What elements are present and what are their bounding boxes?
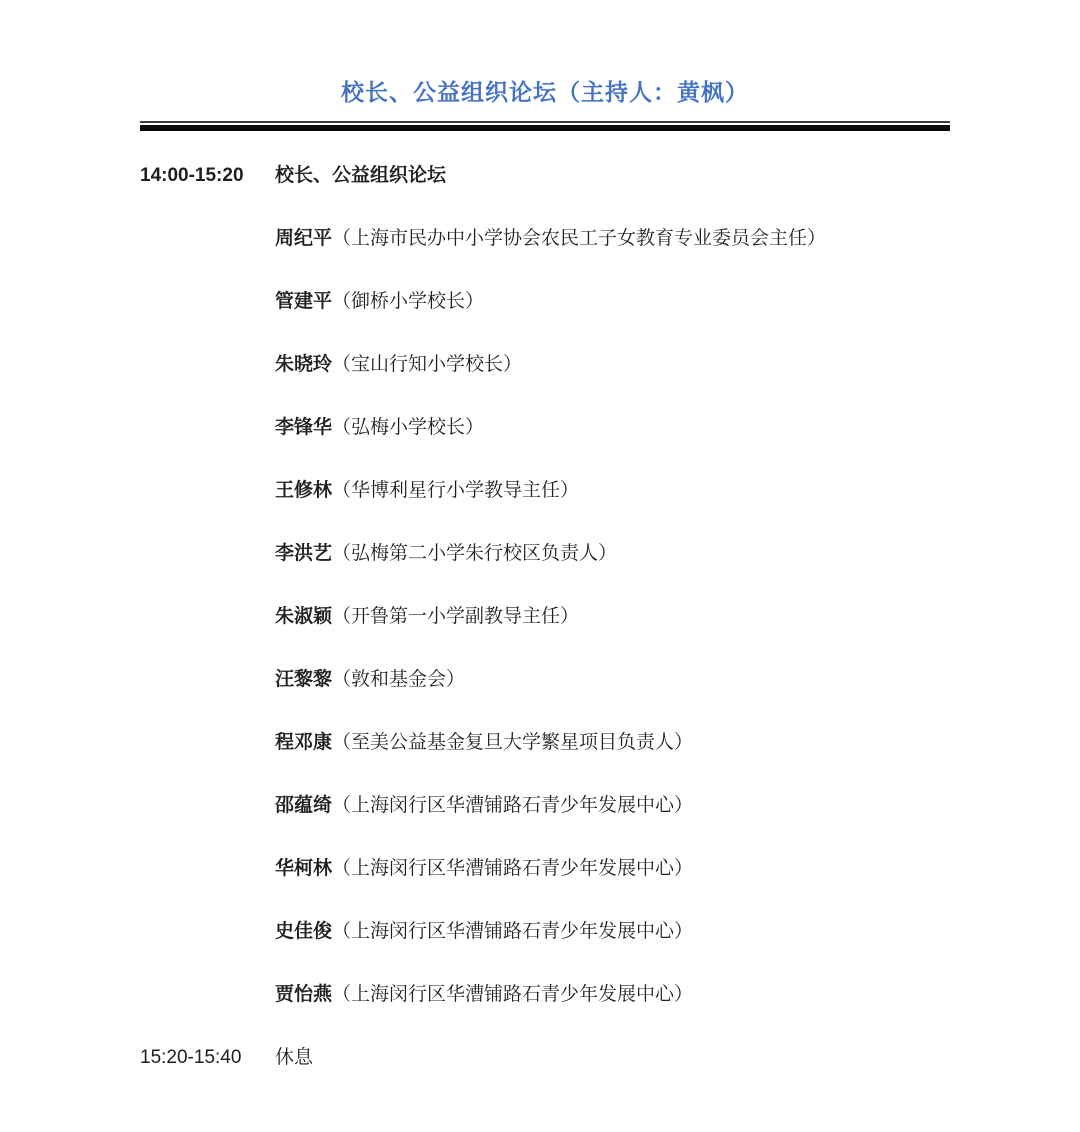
participant-affiliation: （弘梅小学校长） [332,417,484,438]
participant-name: 贾怡燕 [275,984,332,1005]
participant-affiliation: （弘梅第二小学朱行校区负责人） [332,543,617,564]
schedule-row-break: 15:20-15:40 休息 [140,1047,970,1069]
participant-row: 史佳俊（上海闵行区华漕铺路石青少年发展中心） [140,921,970,943]
break-time: 15:20-15:40 [140,1047,275,1069]
participant-entry: 贾怡燕（上海闵行区华漕铺路石青少年发展中心） [275,984,970,1006]
participant-affiliation: （至美公益基金复旦大学繁星项目负责人） [332,732,693,753]
participant-entry: 王修林（华博利星行小学教导主任） [275,480,970,502]
participant-entry: 李洪艺（弘梅第二小学朱行校区负责人） [275,543,970,565]
participant-affiliation: （上海闵行区华漕铺路石青少年发展中心） [332,858,693,879]
session-title: 校长、公益组织论坛 [275,165,970,187]
participant-row: 邵蕴绮（上海闵行区华漕铺路石青少年发展中心） [140,795,970,817]
participant-entry: 邵蕴绮（上海闵行区华漕铺路石青少年发展中心） [275,795,970,817]
break-title: 休息 [275,1047,970,1069]
participant-entry: 朱淑颖（开鲁第一小学副教导主任） [275,606,970,628]
participant-entry: 程邓康（至美公益基金复旦大学繁星项目负责人） [275,732,970,754]
participant-name: 邵蕴绮 [275,795,332,816]
participant-entry: 管建平（御桥小学校长） [275,291,970,313]
document-page: 校长、公益组织论坛（主持人：黄枫） 14:00-15:20 校长、公益组织论坛 … [0,0,1080,1132]
participant-row: 管建平（御桥小学校长） [140,291,970,313]
schedule-row-session: 14:00-15:20 校长、公益组织论坛 [140,165,970,187]
participant-row: 汪黎黎（敦和基金会） [140,669,970,691]
participant-affiliation: （上海闵行区华漕铺路石青少年发展中心） [332,795,693,816]
participant-entry: 周纪平（上海市民办中小学协会农民工子女教育专业委员会主任） [275,228,970,250]
participant-row: 李锋华（弘梅小学校长） [140,417,970,439]
title-divider [140,121,950,131]
participant-name: 李洪艺 [275,543,332,564]
participant-row: 贾怡燕（上海闵行区华漕铺路石青少年发展中心） [140,984,970,1006]
participant-name: 史佳俊 [275,921,332,942]
participant-row: 程邓康（至美公益基金复旦大学繁星项目负责人） [140,732,970,754]
page-title: 校长、公益组织论坛（主持人：黄枫） [140,0,950,107]
participant-entry: 华柯林（上海闵行区华漕铺路石青少年发展中心） [275,858,970,880]
participant-affiliation: （开鲁第一小学副教导主任） [332,606,579,627]
participant-name: 朱淑颖 [275,606,332,627]
participant-affiliation: （上海闵行区华漕铺路石青少年发展中心） [332,921,693,942]
participant-entry: 朱晓玲（宝山行知小学校长） [275,354,970,376]
participant-row: 华柯林（上海闵行区华漕铺路石青少年发展中心） [140,858,970,880]
participant-row: 王修林（华博利星行小学教导主任） [140,480,970,502]
session-time: 14:00-15:20 [140,165,275,187]
participant-entry: 史佳俊（上海闵行区华漕铺路石青少年发展中心） [275,921,970,943]
participant-row: 朱晓玲（宝山行知小学校长） [140,354,970,376]
participant-name: 管建平 [275,291,332,312]
participant-affiliation: （御桥小学校长） [332,291,484,312]
participant-affiliation: （宝山行知小学校长） [332,354,522,375]
participant-entry: 汪黎黎（敦和基金会） [275,669,970,691]
participant-name: 华柯林 [275,858,332,879]
participant-affiliation: （华博利星行小学教导主任） [332,480,579,501]
divider-thick-line [140,125,950,131]
participant-entry: 李锋华（弘梅小学校长） [275,417,970,439]
participant-name: 程邓康 [275,732,332,753]
participant-name: 李锋华 [275,417,332,438]
schedule-list: 14:00-15:20 校长、公益组织论坛 周纪平（上海市民办中小学协会农民工子… [140,165,970,1069]
participant-affiliation: （敦和基金会） [332,669,465,690]
participant-row: 李洪艺（弘梅第二小学朱行校区负责人） [140,543,970,565]
participant-name: 汪黎黎 [275,669,332,690]
participant-affiliation: （上海市民办中小学协会农民工子女教育专业委员会主任） [332,228,826,249]
participant-row: 周纪平（上海市民办中小学协会农民工子女教育专业委员会主任） [140,228,970,250]
participant-name: 王修林 [275,480,332,501]
participant-name: 朱晓玲 [275,354,332,375]
participant-row: 朱淑颖（开鲁第一小学副教导主任） [140,606,970,628]
participant-name: 周纪平 [275,228,332,249]
participant-affiliation: （上海闵行区华漕铺路石青少年发展中心） [332,984,693,1005]
